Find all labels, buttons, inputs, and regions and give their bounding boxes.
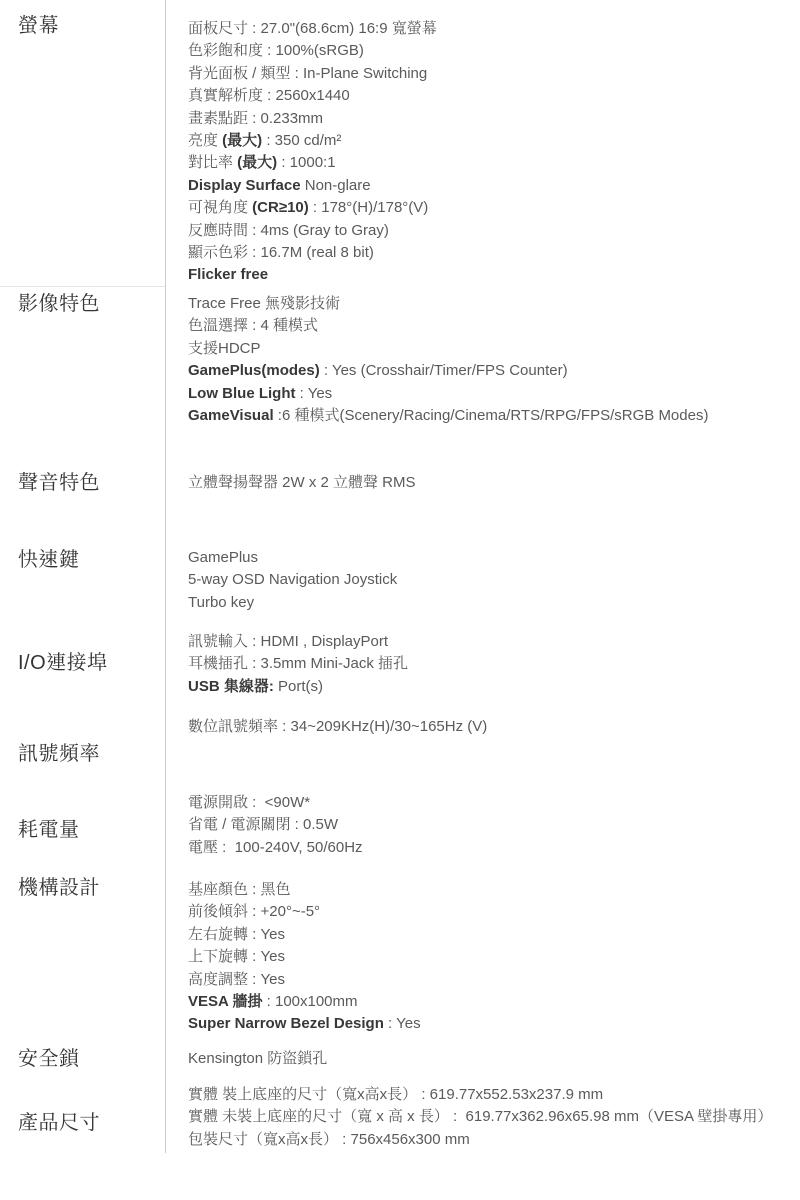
spec-text: 包裝尺寸（寬x高x長） : 756x456x300 mm bbox=[188, 1131, 470, 1148]
spec-text: 耳機插孔 : 3.5mm Mini-Jack 插孔 bbox=[188, 655, 408, 672]
spec-text-bold: Display Surface bbox=[188, 177, 301, 194]
spec-table: 螢幕面板尺寸 : 27.0"(68.6cm) 16:9 寬螢幕色彩飽和度 : 1… bbox=[0, 0, 800, 1153]
section-label-video-features: 影像特色 bbox=[0, 287, 165, 317]
spec-line: 訊號輸入 : HDMI , DisplayPort bbox=[188, 631, 792, 653]
spec-row-mechanical-design: 機構設計基座顏色 : 黑色前後傾斜 : +20°~-5°左右旋轉 : Yes上下… bbox=[0, 872, 800, 1042]
spec-line: Trace Free 無殘影技術 bbox=[188, 293, 792, 315]
spec-content-security-lock: Kensington 防盜鎖孔 bbox=[166, 1042, 800, 1082]
spec-text: 實體 裝上底座的尺寸（寬x高x長） : 619.77x552.53x237.9 … bbox=[188, 1086, 603, 1103]
spec-line: 耳機插孔 : 3.5mm Mini-Jack 插孔 bbox=[188, 653, 792, 675]
spec-text: 電壓 : 100-240V, 50/60Hz bbox=[188, 839, 363, 856]
spec-text: 基座顏色 : 黑色 bbox=[188, 881, 291, 898]
spec-content-audio-features: 立體聲揚聲器 2W x 2 立體聲 RMS bbox=[166, 455, 800, 533]
spec-line: 包裝尺寸（寬x高x長） : 756x456x300 mm bbox=[188, 1129, 792, 1151]
spec-content-screen: 面板尺寸 : 27.0"(68.6cm) 16:9 寬螢幕色彩飽和度 : 100… bbox=[166, 0, 800, 287]
section-label-screen: 螢幕 bbox=[0, 0, 165, 39]
spec-line: 電源開啟 : <90W* bbox=[188, 792, 792, 814]
spec-line: 支援HDCP bbox=[188, 338, 792, 360]
spec-line: 顯示色彩 : 16.7M (real 8 bit) bbox=[188, 242, 792, 264]
spec-text: 可視角度 bbox=[188, 199, 252, 216]
spec-row-audio-features: 聲音特色立體聲揚聲器 2W x 2 立體聲 RMS bbox=[0, 455, 800, 533]
spec-line: GamePlus bbox=[188, 547, 792, 569]
spec-text: 訊號輸入 : HDMI , DisplayPort bbox=[188, 633, 388, 650]
spec-content-power-consumption: 電源開啟 : <90W*省電 / 電源關閉 : 0.5W電壓 : 100-240… bbox=[166, 788, 800, 872]
spec-text: Kensington 防盜鎖孔 bbox=[188, 1050, 327, 1067]
spec-row-screen: 螢幕面板尺寸 : 27.0"(68.6cm) 16:9 寬螢幕色彩飽和度 : 1… bbox=[0, 0, 800, 287]
spec-text: 5-way OSD Navigation Joystick bbox=[188, 571, 397, 588]
spec-text-bold: GameVisual bbox=[188, 407, 274, 424]
spec-content-mechanical-design: 基座顏色 : 黑色前後傾斜 : +20°~-5°左右旋轉 : Yes上下旋轉 :… bbox=[166, 872, 800, 1042]
spec-line: 實體 裝上底座的尺寸（寬x高x長） : 619.77x552.53x237.9 … bbox=[188, 1084, 792, 1106]
spec-row-product-dimensions: 產品尺寸實體 裝上底座的尺寸（寬x高x長） : 619.77x552.53x23… bbox=[0, 1082, 800, 1153]
spec-line: 色彩飽和度 : 100%(sRGB) bbox=[188, 40, 792, 62]
spec-text: 省電 / 電源關閉 : 0.5W bbox=[188, 816, 338, 833]
spec-line: 左右旋轉 : Yes bbox=[188, 924, 792, 946]
spec-text: Trace Free 無殘影技術 bbox=[188, 295, 340, 312]
spec-line: 立體聲揚聲器 2W x 2 立體聲 RMS bbox=[188, 472, 792, 494]
section-label-audio-features: 聲音特色 bbox=[0, 455, 165, 496]
spec-text-bold: USB 集線器: bbox=[188, 678, 274, 695]
spec-label-cell-io-ports: I/O連接埠 bbox=[0, 617, 166, 707]
spec-text: 背光面板 / 類型 : In-Plane Switching bbox=[188, 65, 427, 82]
spec-content-quick-keys: GamePlus5-way OSD Navigation JoystickTur… bbox=[166, 533, 800, 617]
spec-text: 畫素點距 : 0.233mm bbox=[188, 110, 323, 127]
spec-text: : 100x100mm bbox=[262, 993, 357, 1010]
spec-text-bold: (CR≥10) bbox=[252, 199, 309, 216]
section-label-power-consumption: 耗電量 bbox=[0, 788, 165, 843]
spec-text: : 350 cd/m² bbox=[262, 132, 341, 149]
spec-text-bold: (最大) bbox=[237, 154, 277, 171]
spec-text: 立體聲揚聲器 2W x 2 立體聲 RMS bbox=[188, 474, 416, 491]
spec-label-cell-screen: 螢幕 bbox=[0, 0, 166, 287]
spec-text-bold: Low Blue Light bbox=[188, 385, 295, 402]
spec-label-cell-video-features: 影像特色 bbox=[0, 287, 166, 455]
spec-line: 高度調整 : Yes bbox=[188, 969, 792, 991]
spec-line: 色溫選擇 : 4 種模式 bbox=[188, 315, 792, 337]
spec-row-signal-frequency: 訊號頻率數位訊號頻率 : 34~209KHz(H)/30~165Hz (V) bbox=[0, 707, 800, 788]
spec-text: : Yes bbox=[384, 1015, 421, 1032]
spec-label-cell-product-dimensions: 產品尺寸 bbox=[0, 1082, 166, 1153]
spec-line: USB 集線器: Port(s) bbox=[188, 676, 792, 698]
section-label-quick-keys: 快速鍵 bbox=[0, 533, 165, 573]
spec-text: GamePlus bbox=[188, 549, 258, 566]
spec-line: 真實解析度 : 2560x1440 bbox=[188, 85, 792, 107]
spec-content-io-ports: 訊號輸入 : HDMI , DisplayPort耳機插孔 : 3.5mm Mi… bbox=[166, 617, 800, 707]
spec-line: 電壓 : 100-240V, 50/60Hz bbox=[188, 837, 792, 859]
spec-text: 數位訊號頻率 : 34~209KHz(H)/30~165Hz (V) bbox=[188, 718, 487, 735]
spec-line: Flicker free bbox=[188, 264, 792, 286]
spec-line: 前後傾斜 : +20°~-5° bbox=[188, 901, 792, 923]
spec-text: 電源開啟 : <90W* bbox=[188, 794, 310, 811]
spec-text-bold: Super Narrow Bezel Design bbox=[188, 1015, 384, 1032]
spec-line: Display Surface Non-glare bbox=[188, 175, 792, 197]
spec-line: 背光面板 / 類型 : In-Plane Switching bbox=[188, 63, 792, 85]
spec-text: 真實解析度 : 2560x1440 bbox=[188, 87, 350, 104]
spec-text: 色彩飽和度 : 100%(sRGB) bbox=[188, 42, 364, 59]
spec-text: : Yes bbox=[295, 385, 332, 402]
spec-line: 反應時間 : 4ms (Gray to Gray) bbox=[188, 220, 792, 242]
spec-content-signal-frequency: 數位訊號頻率 : 34~209KHz(H)/30~165Hz (V) bbox=[166, 707, 800, 788]
spec-text: 亮度 bbox=[188, 132, 222, 149]
spec-text: 上下旋轉 : Yes bbox=[188, 948, 285, 965]
spec-label-cell-mechanical-design: 機構設計 bbox=[0, 872, 166, 1042]
spec-line: VESA 牆掛 : 100x100mm bbox=[188, 991, 792, 1013]
spec-line: 數位訊號頻率 : 34~209KHz(H)/30~165Hz (V) bbox=[188, 716, 792, 738]
spec-label-cell-security-lock: 安全鎖 bbox=[0, 1042, 166, 1082]
spec-text: 高度調整 : Yes bbox=[188, 971, 285, 988]
spec-text-bold: GamePlus(modes) bbox=[188, 362, 320, 379]
spec-line: 實體 未裝上底座的尺寸（寬 x 高 x 長） : 619.77x362.96x6… bbox=[188, 1106, 792, 1128]
spec-text: 色溫選擇 : 4 種模式 bbox=[188, 317, 318, 334]
spec-row-power-consumption: 耗電量電源開啟 : <90W*省電 / 電源關閉 : 0.5W電壓 : 100-… bbox=[0, 788, 800, 872]
spec-line: 基座顏色 : 黑色 bbox=[188, 879, 792, 901]
spec-text-bold: VESA 牆掛 bbox=[188, 993, 262, 1010]
spec-content-video-features: Trace Free 無殘影技術色溫選擇 : 4 種模式支援HDCPGamePl… bbox=[166, 287, 800, 455]
spec-line: Super Narrow Bezel Design : Yes bbox=[188, 1013, 792, 1035]
spec-content-product-dimensions: 實體 裝上底座的尺寸（寬x高x長） : 619.77x552.53x237.9 … bbox=[166, 1082, 800, 1153]
spec-text: Non-glare bbox=[301, 177, 371, 194]
spec-text-bold: Flicker free bbox=[188, 266, 268, 283]
spec-text: 實體 未裝上底座的尺寸（寬 x 高 x 長） : 619.77x362.96x6… bbox=[188, 1108, 772, 1125]
spec-row-io-ports: I/O連接埠訊號輸入 : HDMI , DisplayPort耳機插孔 : 3.… bbox=[0, 617, 800, 707]
spec-label-cell-signal-frequency: 訊號頻率 bbox=[0, 707, 166, 788]
spec-text: Turbo key bbox=[188, 594, 254, 611]
spec-text: 對比率 bbox=[188, 154, 237, 171]
spec-text: 面板尺寸 : 27.0"(68.6cm) 16:9 寬螢幕 bbox=[188, 20, 437, 37]
spec-text: 左右旋轉 : Yes bbox=[188, 926, 285, 943]
spec-line: 畫素點距 : 0.233mm bbox=[188, 108, 792, 130]
page: { "meta": { "description": "Monitor spec… bbox=[0, 0, 800, 1200]
spec-text: :6 種模式(Scenery/Racing/Cinema/RTS/RPG/FPS… bbox=[274, 407, 709, 424]
spec-text: 支援HDCP bbox=[188, 340, 261, 357]
section-label-security-lock: 安全鎖 bbox=[0, 1042, 165, 1072]
spec-row-video-features: 影像特色Trace Free 無殘影技術色溫選擇 : 4 種模式支援HDCPGa… bbox=[0, 287, 800, 455]
spec-text: : Yes (Crosshair/Timer/FPS Counter) bbox=[320, 362, 568, 379]
spec-line: 上下旋轉 : Yes bbox=[188, 946, 792, 968]
spec-text: 顯示色彩 : 16.7M (real 8 bit) bbox=[188, 244, 374, 261]
section-label-mechanical-design: 機構設計 bbox=[0, 872, 165, 901]
spec-line: 對比率 (最大) : 1000:1 bbox=[188, 152, 792, 174]
spec-text: Port(s) bbox=[274, 678, 323, 695]
spec-line: 面板尺寸 : 27.0"(68.6cm) 16:9 寬螢幕 bbox=[188, 18, 792, 40]
spec-line: 可視角度 (CR≥10) : 178°(H)/178°(V) bbox=[188, 197, 792, 219]
spec-line: 5-way OSD Navigation Joystick bbox=[188, 569, 792, 591]
spec-text: 反應時間 : 4ms (Gray to Gray) bbox=[188, 222, 389, 239]
spec-text-bold: (最大) bbox=[222, 132, 262, 149]
spec-line: 省電 / 電源關閉 : 0.5W bbox=[188, 814, 792, 836]
spec-line: GameVisual :6 種模式(Scenery/Racing/Cinema/… bbox=[188, 405, 792, 427]
spec-label-cell-audio-features: 聲音特色 bbox=[0, 455, 166, 533]
section-label-product-dimensions: 產品尺寸 bbox=[0, 1082, 165, 1136]
spec-line: Kensington 防盜鎖孔 bbox=[188, 1048, 792, 1070]
spec-row-security-lock: 安全鎖Kensington 防盜鎖孔 bbox=[0, 1042, 800, 1082]
spec-label-cell-power-consumption: 耗電量 bbox=[0, 788, 166, 872]
section-label-signal-frequency: 訊號頻率 bbox=[0, 707, 165, 767]
spec-line: 亮度 (最大) : 350 cd/m² bbox=[188, 130, 792, 152]
spec-line: Low Blue Light : Yes bbox=[188, 383, 792, 405]
spec-line: GamePlus(modes) : Yes (Crosshair/Timer/F… bbox=[188, 360, 792, 382]
spec-text: : 1000:1 bbox=[277, 154, 335, 171]
spec-text: 前後傾斜 : +20°~-5° bbox=[188, 903, 320, 920]
section-label-io-ports: I/O連接埠 bbox=[0, 617, 165, 676]
spec-line: Turbo key bbox=[188, 592, 792, 614]
spec-row-quick-keys: 快速鍵GamePlus5-way OSD Navigation Joystick… bbox=[0, 533, 800, 617]
spec-label-cell-quick-keys: 快速鍵 bbox=[0, 533, 166, 617]
spec-text: : 178°(H)/178°(V) bbox=[309, 199, 429, 216]
